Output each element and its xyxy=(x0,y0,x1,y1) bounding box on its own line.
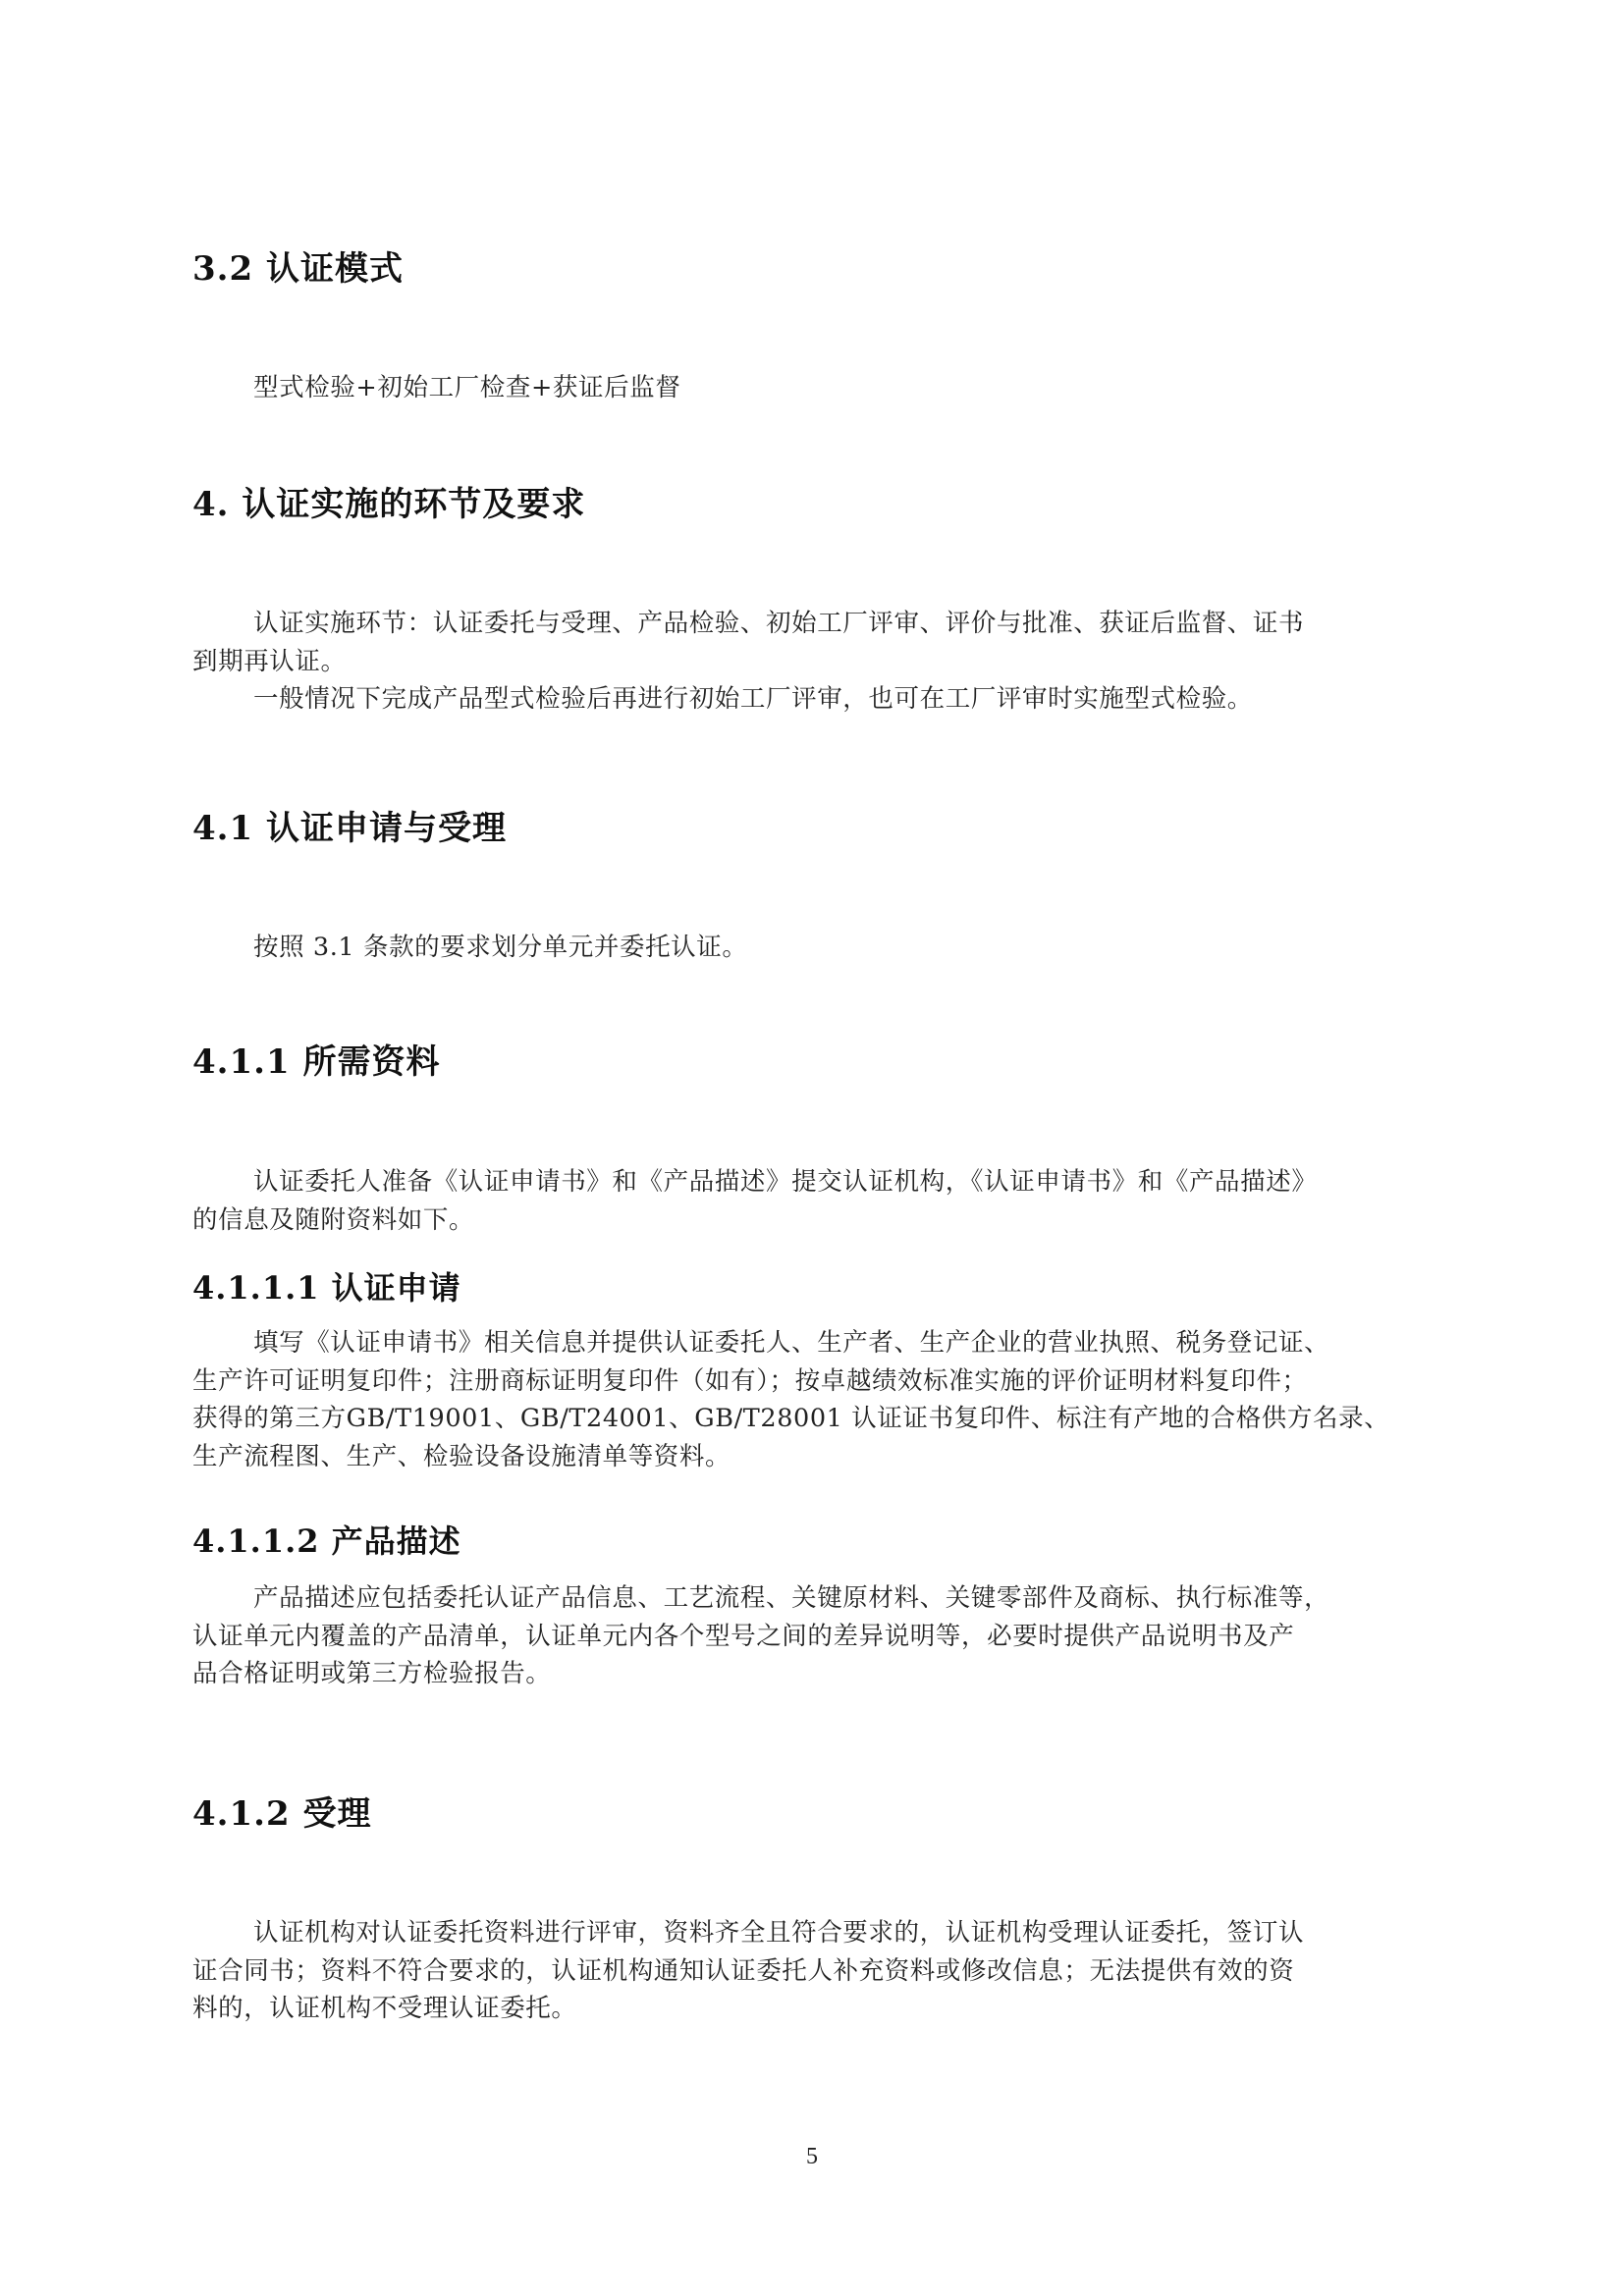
paragraph-certification-mode: 型式检验+初始工厂检查+获证后监督 xyxy=(192,369,1439,407)
paragraph-application: 按照 3.1 条款的要求划分单元并委托认证。 xyxy=(192,929,1439,967)
document-page: 3.2 认证模式 型式检验+初始工厂检查+获证后监督 4. 认证实施的环节及要求… xyxy=(0,0,1624,2296)
text-line: 填写《认证申请书》相关信息并提供认证委托人、生产者、生产企业的营业执照、税务登记… xyxy=(192,1324,1439,1362)
heading-4-1-1: 4.1.1 所需资料 xyxy=(192,1041,440,1084)
text-line: 品合格证明或第三方检验报告。 xyxy=(192,1655,1439,1693)
text-line: 认证机构对认证委托资料进行评审，资料齐全且符合要求的，认证机构受理认证委托，签订… xyxy=(192,1914,1439,1952)
text-line: 获得的第三方GB/T19001、GB/T24001、GB/T28001 认证证书… xyxy=(192,1400,1439,1438)
text-line: 料的，认证机构不受理认证委托。 xyxy=(192,1990,1439,2028)
text-line: 认证单元内覆盖的产品清单，认证单元内各个型号之间的差异说明等，必要时提供产品说明… xyxy=(192,1618,1439,1656)
paragraph-implementation-steps: 认证实施环节：认证委托与受理、产品检验、初始工厂评审、评价与批准、获证后监督、证… xyxy=(192,605,1439,719)
heading-4-1: 4.1 认证申请与受理 xyxy=(192,807,507,850)
certification-mode-text: 型式检验+初始工厂检查+获证后监督 xyxy=(253,373,680,402)
paragraph-required-materials: 认证委托人准备《认证申请书》和《产品描述》提交认证机构，《认证申请书》和《产品描… xyxy=(192,1163,1439,1239)
heading-4-1-1-1: 4.1.1.1 认证申请 xyxy=(192,1266,461,1309)
text-line: 认证实施环节：认证委托与受理、产品检验、初始工厂评审、评价与批准、获证后监督、证… xyxy=(192,605,1439,643)
text-line: 到期再认证。 xyxy=(192,643,1439,681)
heading-4-1-2: 4.1.2 受理 xyxy=(192,1792,371,1836)
paragraph-acceptance: 认证机构对认证委托资料进行评审，资料齐全且符合要求的，认证机构受理认证委托，签订… xyxy=(192,1914,1439,2028)
heading-4: 4. 认证实施的环节及要求 xyxy=(192,483,585,526)
text-line: 认证委托人准备《认证申请书》和《产品描述》提交认证机构，《认证申请书》和《产品描… xyxy=(192,1163,1439,1201)
paragraph-product-description: 产品描述应包括委托认证产品信息、工艺流程、关键原材料、关键零部件及商标、执行标准… xyxy=(192,1579,1439,1693)
text-line: 生产流程图、生产、检验设备设施清单等资料。 xyxy=(192,1438,1439,1476)
paragraph-certification-application: 填写《认证申请书》相关信息并提供认证委托人、生产者、生产企业的营业执照、税务登记… xyxy=(192,1324,1439,1475)
text-line: 的信息及随附资料如下。 xyxy=(192,1201,1439,1240)
text-line: 证合同书；资料不符合要求的，认证机构通知认证委托人补充资料或修改信息；无法提供有… xyxy=(192,1952,1439,1991)
text-line: 产品描述应包括委托认证产品信息、工艺流程、关键原材料、关键零部件及商标、执行标准… xyxy=(192,1579,1439,1618)
heading-3-2: 3.2 认证模式 xyxy=(192,247,404,291)
heading-4-1-1-2: 4.1.1.2 产品描述 xyxy=(192,1520,461,1563)
page-number: 5 xyxy=(0,2144,1624,2170)
text-line: 一般情况下完成产品型式检验后再进行初始工厂评审，也可在工厂评审时实施型式检验。 xyxy=(192,680,1439,719)
text-line: 生产许可证明复印件；注册商标证明复印件（如有）；按卓越绩效标准实施的评价证明材料… xyxy=(192,1362,1439,1401)
